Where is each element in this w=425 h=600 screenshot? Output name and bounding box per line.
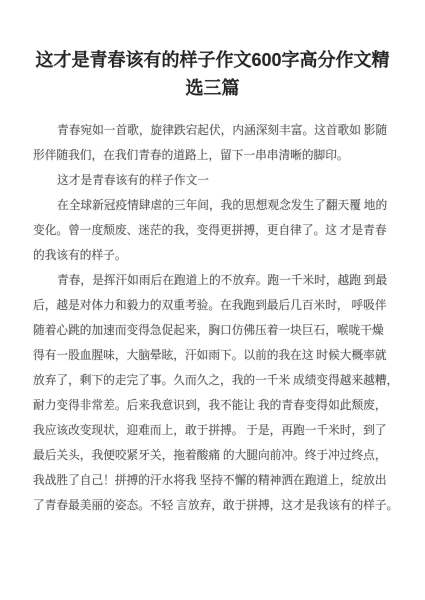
paragraph-intro: 青春宛如一首歌，旋律跌宕起伏，内涵深刻丰富。这首歌如 影随 形伴随我们，在我们青…: [33, 118, 419, 168]
body-line: 得有一股血腥味，大脑晕眩，汗如雨下。以前的我在这 时候大概率就: [33, 343, 419, 368]
paragraph-subtitle: 这才是青春该有的样子作文一: [33, 168, 419, 193]
body-line: 形伴随我们，在我们青春的道路上，留下一串串清晰的脚印。: [33, 143, 419, 168]
paragraph-running: 青春，是挥汗如雨后在跑道上的不放弃。跑一千米时，越跑 到最 后，越是对体力和毅力…: [33, 268, 419, 518]
body-line: 后，越是对体力和毅力的双重考验。在我跑到最后几百米时， 呼吸伴: [33, 293, 419, 318]
document-title: 这才是青春该有的样子作文600字高分作文精 选三篇: [0, 0, 425, 102]
body-line: 的我该有的样子。: [33, 243, 419, 268]
title-line-1: 这才是青春该有的样子作文600字高分作文精: [0, 46, 425, 74]
title-line-2: 选三篇: [0, 74, 425, 102]
body-line: 变化。曾一度颓废、迷茫的我，变得更拼搏，更自律了。这 才是青春: [33, 218, 419, 243]
document-body: 青春宛如一首歌，旋律跌宕起伏，内涵深刻丰富。这首歌如 影随 形伴随我们，在我们青…: [0, 118, 425, 518]
body-line: 放弃了，剩下的走完了事。久而久之，我的一千米 成绩变得越来越糟，: [33, 368, 419, 393]
document-page: 这才是青春该有的样子作文600字高分作文精 选三篇 青春宛如一首歌，旋律跌宕起伏…: [0, 0, 425, 600]
paragraph-change: 在全球新冠疫情肆虐的三年间，我的思想观念发生了翻天覆 地的 变化。曾一度颓废、迷…: [33, 193, 419, 268]
body-line: 耐力变得非常差。后来我意识到，我不能让 我的青春变得如此颓废，: [33, 393, 419, 418]
body-line: 我应该改变现状，迎难而上，敢于拼搏。 于是，再跑一千米时，到了: [33, 418, 419, 443]
body-line: 了青春最美丽的姿态。不轻 言放弃，敢于拼搏，这才是我该有的样子。: [33, 493, 419, 518]
body-line: 青春，是挥汗如雨后在跑道上的不放弃。跑一千米时，越跑 到最: [33, 268, 419, 293]
body-line: 这才是青春该有的样子作文一: [33, 168, 419, 193]
body-line: 最后关头，我便咬紧牙关，拖着酸痛 的大腿向前冲。终于冲过终点，: [33, 443, 419, 468]
body-line: 青春宛如一首歌，旋律跌宕起伏，内涵深刻丰富。这首歌如 影随: [33, 118, 419, 143]
body-line: 在全球新冠疫情肆虐的三年间，我的思想观念发生了翻天覆 地的: [33, 193, 419, 218]
body-line: 我战胜了自己！拼搏的汗水将我 坚持不懈的精神洒在跑道上，绽放出: [33, 468, 419, 493]
body-line: 随着心跳的加速而变得急促起来，胸口仿佛压着一块巨石，喉咙干燥: [33, 318, 419, 343]
